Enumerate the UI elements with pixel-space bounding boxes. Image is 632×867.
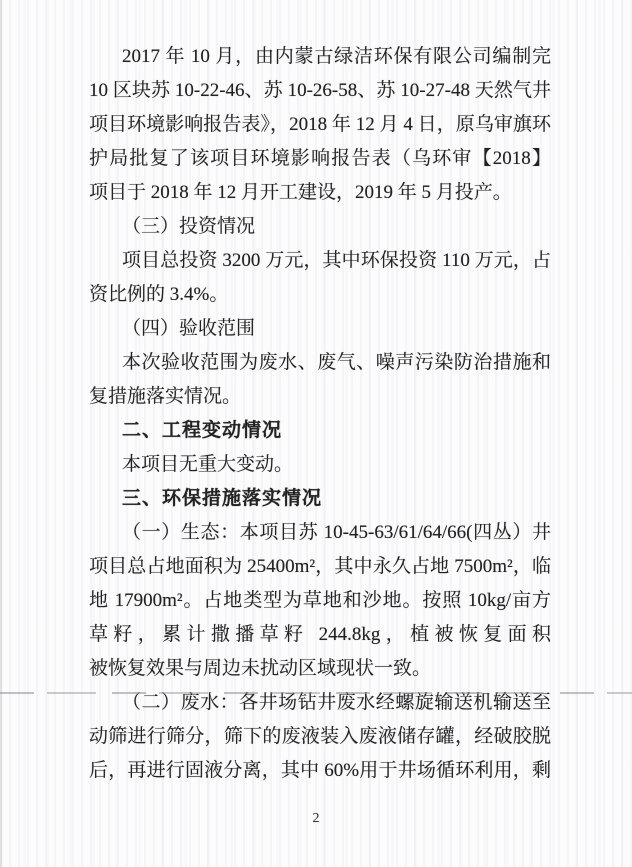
- text-line: 地 17900m²。占地类型为草地和沙地。按照 10kg/亩方式撒播: [89, 584, 551, 618]
- text-line: 动筛进行筛分，筛下的废液装入废液储存罐，经破胶脱稳装置: [89, 720, 551, 754]
- scan-edge-artifact: [0, 0, 2, 867]
- text-line: 资比例的 3.4%。: [89, 278, 551, 312]
- text-line: 草籽，累计撒播草籽 244.8kg，植被恢复面积 16256.44m²，植: [89, 618, 551, 652]
- section-heading-project-changes: 二、工程变动情况: [89, 414, 551, 448]
- section-heading-env-measures: 三、环保措施落实情况: [89, 482, 551, 516]
- text-line: 复措施落实情况。: [89, 380, 551, 414]
- subsection-heading-acceptance-scope: （四）验收范围: [89, 312, 551, 346]
- text-line: 项目总投资 3200 万元，其中环保投资 110 万元，占总投: [89, 244, 551, 278]
- scanned-document-page: 2017 年 10 月，由内蒙古绿洁环保有限公司编制完成了《苏 10 区块苏 1…: [0, 0, 632, 867]
- text-line: 后，再进行固液分离，其中 60%用于井场循环利用，剩余部: [89, 754, 551, 788]
- text-line: 本项目无重大变动。: [89, 448, 551, 482]
- text-line: 项目环境影响报告表》，2018 年 12 月 4 日，原乌审旗环境保: [89, 108, 551, 142]
- text-line: 护局批复了该项目环境影响报告表（乌环审【2018】124 号）。: [89, 142, 551, 176]
- subsection-heading-investment: （三）投资情况: [89, 210, 551, 244]
- document-body: 2017 年 10 月，由内蒙古绿洁环保有限公司编制完成了《苏 10 区块苏 1…: [89, 40, 551, 788]
- page-number: 2: [0, 809, 632, 829]
- text-line: 项目于 2018 年 12 月开工建设，2019 年 5 月投产。: [89, 176, 551, 210]
- text-line: 被恢复效果与周边未扰动区域现状一致。: [89, 652, 551, 686]
- text-line: 项目总占地面积为 25400m²，其中永久占地 7500m²，临时占: [89, 550, 551, 584]
- text-line: （一）生态：本项目苏 10-45-63/61/64/66(四丛）井场一座，: [89, 516, 551, 550]
- text-line: 2017 年 10 月，由内蒙古绿洁环保有限公司编制完成了《苏: [89, 40, 551, 74]
- scan-artifact-dashed-line: [0, 692, 632, 694]
- text-line: 本次验收范围为废水、废气、噪声污染防治措施和生态恢: [89, 346, 551, 380]
- text-line: 10 区块苏 10-22-46、苏 10-26-58、苏 10-27-48 天然…: [89, 74, 551, 108]
